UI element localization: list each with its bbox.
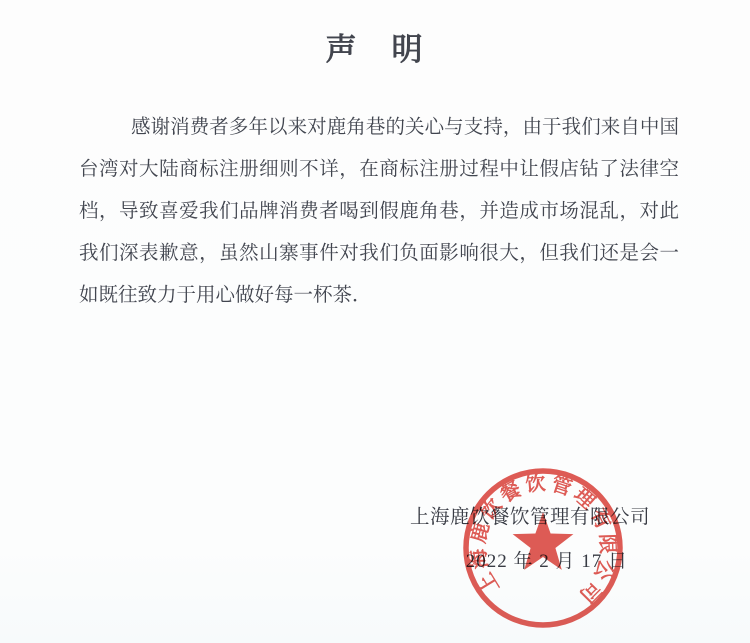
page-title: 声 明 [0,24,750,69]
statement-document: 声 明 感谢消费者多年以来对鹿角巷的关心与支持，由于我们来自中国 台湾对大陆商标… [0,0,750,643]
body-line: 我们深表歉意，虽然山寨事件对我们负面影响很大，但我们还是会一 [79,233,679,275]
body-line: 档，导致喜爱我们品牌消费者喝到假鹿角巷，并造成市场混乱，对此 [79,191,679,233]
body-line: 如既往致力于用心做好每一杯茶． [79,275,679,317]
signature-date: 2022 年 2 月 17 日 [466,546,628,573]
body-line: 台湾对大陆商标注册细则不详，在商标注册过程中让假店钻了法律空 [79,149,679,191]
seal-ring-text-path: 上海鹿饮餐饮管理有限公司 [465,470,619,609]
seal-ring-text: 上海鹿饮餐饮管理有限公司 [465,470,619,609]
statement-body: 感谢消费者多年以来对鹿角巷的关心与支持，由于我们来自中国 台湾对大陆商标注册细则… [79,107,679,317]
signature-company-name: 上海鹿饮餐饮管理有限公司 [410,501,650,529]
body-line: 感谢消费者多年以来对鹿角巷的关心与支持，由于我们来自中国 [79,107,679,149]
